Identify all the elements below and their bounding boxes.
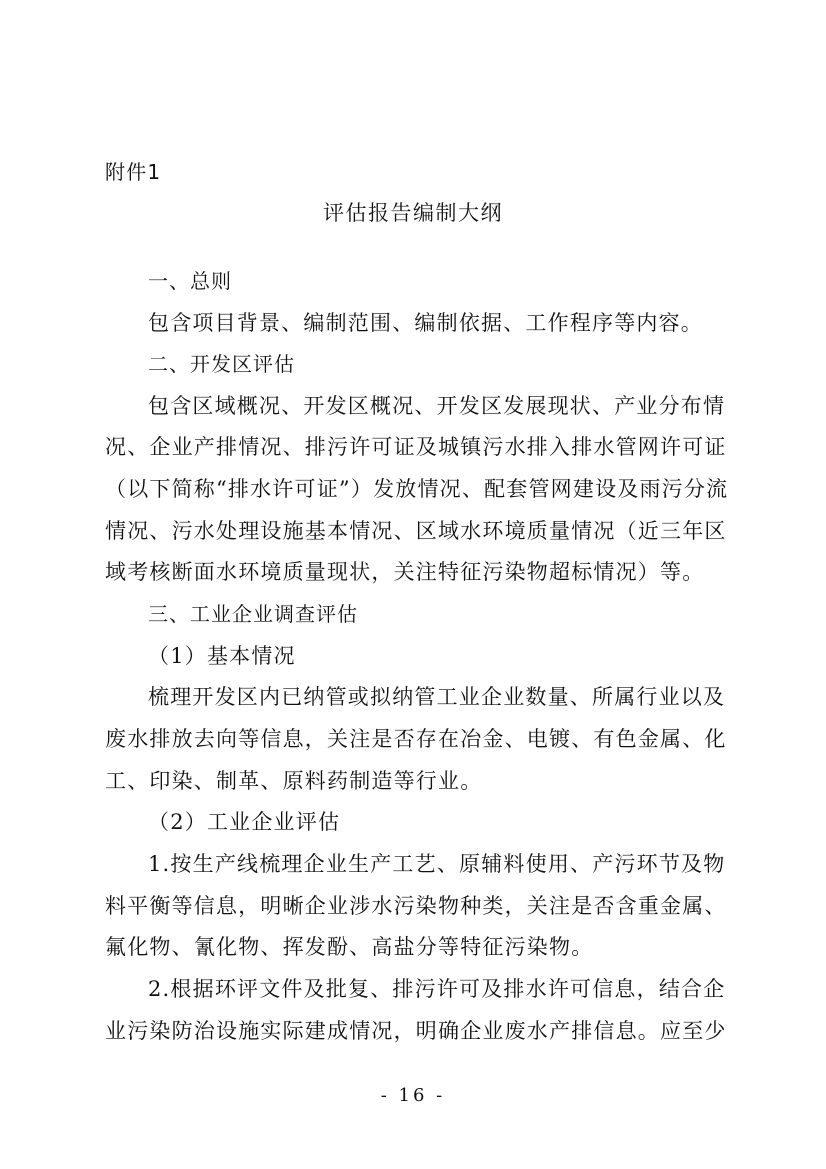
section-heading-devzone: 二、开发区评估: [148, 350, 721, 378]
paragraph-line: 业污染防治设施实际建成情况，明确企业废水产排信息。应至少: [105, 1017, 721, 1045]
paragraph-line: 1.按生产线梳理企业生产工艺、原辅料使用、产污环节及物: [148, 850, 721, 878]
paragraph-line: 域考核断面水环境质量现状，关注特征污染物超标情况）等。: [105, 558, 721, 586]
page-number: - 16 -: [0, 1085, 826, 1106]
subsection-heading-evaluation: （2）工业企业评估: [148, 808, 721, 836]
paragraph-line: 包含区域概况、开发区概况、开发区发展现状、产业分布情: [148, 392, 721, 420]
paragraph-line: 废水排放去向等信息，关注是否存在冶金、电镀、有色金属、化: [105, 725, 721, 753]
paragraph-line: 情况、污水处理设施基本情况、区域水环境质量情况（近三年区: [105, 517, 721, 545]
document-page: 附件1 评估报告编制大纲 一、总则 包含项目背景、编制范围、编制依据、工作程序等…: [0, 0, 826, 1169]
document-title: 评估报告编制大纲: [0, 199, 826, 227]
section-heading-general: 一、总则: [148, 267, 721, 295]
paragraph-line: 梳理开发区内已纳管或拟纳管工业企业数量、所属行业以及: [148, 683, 721, 711]
paragraph-line: 况、企业产排情况、排污许可证及城镇污水排入排水管网许可证: [105, 433, 721, 461]
attachment-label: 附件1: [105, 158, 721, 186]
section-heading-industry: 三、工业企业调查评估: [148, 600, 721, 628]
paragraph-line: 工、印染、制革、原料药制造等行业。: [105, 767, 721, 795]
paragraph-line: 氟化物、氰化物、挥发酚、高盐分等特征污染物。: [105, 933, 721, 961]
paragraph-line: 2.根据环评文件及批复、排污许可及排水许可信息，结合企: [148, 975, 721, 1003]
paragraph-line: 料平衡等信息，明晰企业涉水污染物种类，关注是否含重金属、: [105, 892, 721, 920]
paragraph-line: 包含项目背景、编制范围、编制依据、工作程序等内容。: [148, 309, 721, 337]
subsection-heading-basic: （1）基本情况: [148, 642, 721, 670]
paragraph-line: （以下简称“排水许可证”）发放情况、配套管网建设及雨污分流: [105, 475, 721, 503]
